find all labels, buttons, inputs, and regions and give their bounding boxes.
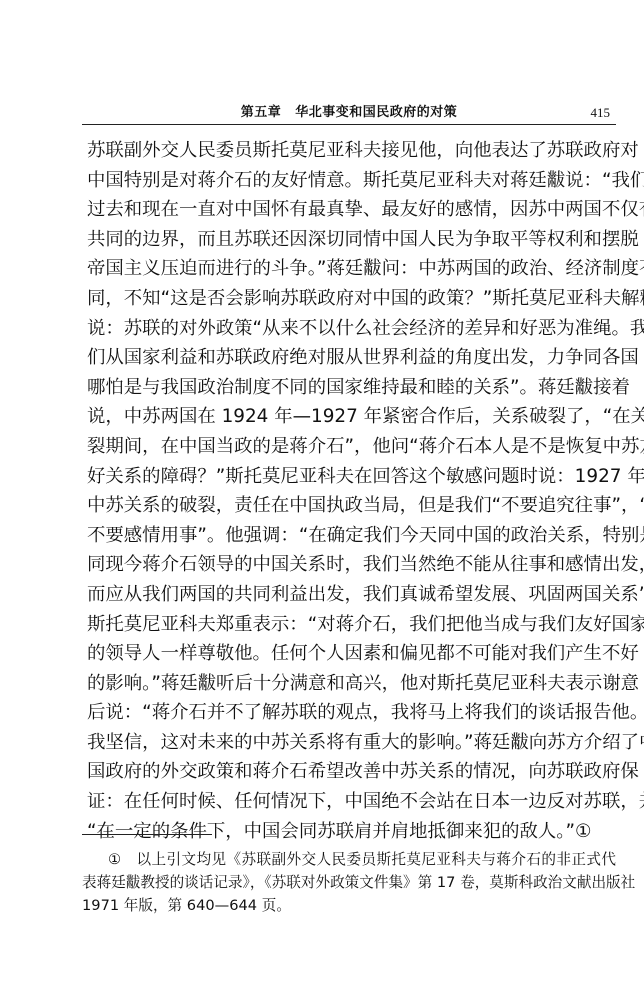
body-line: 不要感情用事”。他强调：“在确定我们今天同中国的政治关系，特别是 <box>87 521 615 551</box>
body-line: 我坚信，这对未来的中苏关系将有重大的影响。”蒋廷黻向苏方介绍了中 <box>87 728 615 758</box>
body-line: 的领导人一样尊敬他。任何个人因素和偏见都不可能对我们产生不好 <box>87 639 615 669</box>
running-header: 第五章华北事变和国民政府的对策 415 <box>82 104 616 124</box>
body-line: 帝国主义压迫而进行的斗争。”蒋廷黻问：中苏两国的政治、经济制度不 <box>87 254 615 284</box>
body-line: 而应从我们两国的共同利益出发，我们真诚希望发展、巩固两国关系”。 <box>87 580 615 610</box>
body-line: 过去和现在一直对中国怀有最真挚、最友好的感情，因苏中两国不仅有 <box>87 195 615 225</box>
body-line: 中国特别是对蒋介石的友好情意。斯托莫尼亚科夫对蒋廷黻说：“我们 <box>87 166 615 196</box>
body-line: 苏联副外交人民委员斯托莫尼亚科夫接见他，向他表达了苏联政府对 <box>87 136 615 166</box>
header-rule <box>82 124 616 125</box>
footnotes: ① 以上引文均见《苏联副外交人民委员斯托莫尼亚科夫与蒋介石的非正式代 表蒋廷黻教… <box>82 848 616 917</box>
body-line: 说：苏联的对外政策“从来不以什么社会经济的差异和好恶为准绳。我 <box>87 314 615 344</box>
body-line: 同现今蒋介石领导的中国关系时，我们当然绝不能从往事和感情出发， <box>87 550 615 580</box>
body-line: 们从国家利益和苏联政府绝对服从世界利益的角度出发，力争同各国 <box>87 343 615 373</box>
body-line: 中苏关系的破裂，责任在中国执政当局，但是我们“不要追究往事”，“也 <box>87 491 615 521</box>
body-line: 证：在任何时候、任何情况下，中国绝不会站在日本一边反对苏联，并说： <box>87 787 615 817</box>
body-line: 哪怕是与我国政治制度不同的国家维持最和睦的关系”。蒋廷黻接着 <box>87 373 615 403</box>
body-line: 的影响。”蒋廷黻听后十分满意和高兴，他对斯托莫尼亚科夫表示谢意 <box>87 669 615 699</box>
chapter-number: 第五章 <box>241 105 282 120</box>
body-line: 同，不知“这是否会影响苏联政府对中国的政策？”斯托莫尼亚科夫解释 <box>87 284 615 314</box>
body-line: 国政府的外交政策和蒋介石希望改善中苏关系的情况，向苏联政府保 <box>87 757 615 787</box>
footnote-line: 表蒋廷黻教授的谈话记录》，《苏联对外政策文件集》第 17 卷，莫斯科政治文献出版… <box>82 871 616 894</box>
footnote-line: 1971 年版，第 640—644 页。 <box>82 894 616 917</box>
chapter-heading: 第五章华北事变和国民政府的对策 <box>82 104 616 122</box>
body-line: 共同的边界，而且苏联还因深切同情中国人民为争取平等权利和摆脱 <box>87 225 615 255</box>
page-number: 415 <box>591 104 611 122</box>
chapter-title: 华北事变和国民政府的对策 <box>295 105 457 120</box>
body-line: 后说：“蒋介石并不了解苏联的观点，我将马上将我们的谈话报告他。 <box>87 698 615 728</box>
body-text: 苏联副外交人民委员斯托莫尼亚科夫接见他，向他表达了苏联政府对 中国特别是对蒋介石… <box>87 136 615 846</box>
footnote-line: ① 以上引文均见《苏联副外交人民委员斯托莫尼亚科夫与蒋介石的非正式代 <box>82 848 616 871</box>
footnote-rule <box>82 834 212 835</box>
body-line: 好关系的障碍？”斯托莫尼亚科夫在回答这个敏感问题时说：1927 年后 <box>87 462 615 492</box>
body-line: “在一定的条件下，中国会同苏联肩并肩地抵御来犯的敌人。”① <box>87 817 615 847</box>
body-line: 说，中苏两国在 1924 年—1927 年紧密合作后，关系破裂了，“在关系破 <box>87 402 615 432</box>
body-line: 裂期间，在中国当政的是蒋介石”，他问“蒋介石本人是不是恢复中苏友 <box>87 432 615 462</box>
body-line: 斯托莫尼亚科夫郑重表示：“对蒋介石，我们把他当成与我们友好国家 <box>87 610 615 640</box>
